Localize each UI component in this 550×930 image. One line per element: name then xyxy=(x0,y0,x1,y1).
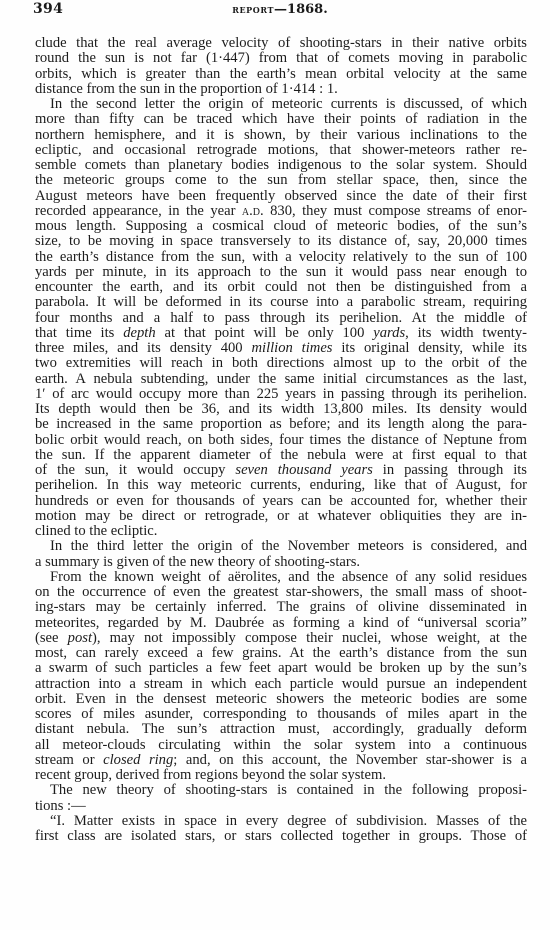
text-line: distant nebula. The sun’s attraction mus… xyxy=(35,722,527,737)
text-line: that time its depth at that point will b… xyxy=(35,326,527,341)
running-head-report: report xyxy=(232,3,274,16)
text-line: the earth’s distance from the sun, with … xyxy=(35,250,527,265)
text-line: recorded appearance, in the year a.d. 83… xyxy=(35,204,527,219)
text-line: parabola. It will be deformed in its cou… xyxy=(35,295,527,310)
text-line: round the sun is not far (1·447) from th… xyxy=(35,51,527,66)
text-line: orbits, which is greater than the earth’… xyxy=(35,67,527,82)
running-head-year: —1868. xyxy=(274,2,328,17)
text-line: earth. A nebula subtending, under the sa… xyxy=(35,372,527,387)
text-line: “I. Matter exists in space in every degr… xyxy=(35,814,527,829)
text-line: two extremities will reach in both direc… xyxy=(35,356,527,371)
text-line: clude that the real average velocity of … xyxy=(35,36,527,51)
running-head: report—1868. xyxy=(33,2,527,17)
text-line: meteorites, regarded by M. Daubrée as fo… xyxy=(35,616,527,631)
text-line: the meteoric groups come to the sun from… xyxy=(35,173,527,188)
text-line: bolic orbit would reach, on both sides, … xyxy=(35,433,527,448)
text-line: August meteors have been frequently obse… xyxy=(35,189,527,204)
text-line: hundreds or even for thousands of years … xyxy=(35,494,527,509)
text-line: Its depth would then be 36, and its widt… xyxy=(35,402,527,417)
text-line: encounter the earth, and its orbit could… xyxy=(35,280,527,295)
text-line: recent group, derived from regions beyon… xyxy=(35,768,527,783)
text-line: distance from the sun in the proportion … xyxy=(35,82,527,97)
text-line: four months and a half to pass through i… xyxy=(35,311,527,326)
italic-text: closed ring xyxy=(103,752,173,768)
small-caps-text: a.d. xyxy=(242,203,264,219)
text-line: In the third letter the origin of the No… xyxy=(35,539,527,554)
text-line: motion may be direct or retrograde, or a… xyxy=(35,509,527,524)
text-line: more than fifty can be traced which have… xyxy=(35,112,527,127)
text-line: the sun. If the apparent diameter of the… xyxy=(35,448,527,463)
italic-text: post xyxy=(68,630,92,646)
text-line: all meteor-clouds circulating within the… xyxy=(35,738,527,753)
text-line: semble comets than planetary bodies indi… xyxy=(35,158,527,173)
italic-text: yards xyxy=(373,325,405,341)
text-line: three miles, and its density 400 million… xyxy=(35,341,527,356)
text-line: ing-stars may be certainly inferred. The… xyxy=(35,600,527,615)
text-line: tions :— xyxy=(35,799,527,814)
document-page: 394 report—1868. clude that the real ave… xyxy=(0,0,550,930)
text-line: perihelion. In this way meteoric current… xyxy=(35,478,527,493)
text-line: size, to be moving in space transversely… xyxy=(35,234,527,249)
text-line: The new theory of shooting-stars is cont… xyxy=(35,783,527,798)
text-line: In the second letter the origin of meteo… xyxy=(35,97,527,112)
text-line: of the sun, it would occupy seven thousa… xyxy=(35,463,527,478)
text-line: yards per minute, in its approach to the… xyxy=(35,265,527,280)
body-text: clude that the real average velocity of … xyxy=(35,36,527,844)
text-line: stream or closed ring; and, on this acco… xyxy=(35,753,527,768)
italic-text: million times xyxy=(251,340,332,356)
text-line: orbit. Even in the densest meteoric show… xyxy=(35,692,527,707)
italic-text: seven thousand years xyxy=(235,462,372,478)
text-line: a summary is given of the new theory of … xyxy=(35,555,527,570)
text-line: a swarm of such particles a few feet apa… xyxy=(35,661,527,676)
text-line: most, can rarely exceed a few grains. At… xyxy=(35,646,527,661)
text-line: be increased in the same proportion as b… xyxy=(35,417,527,432)
text-line: northern hemisphere, and it is shown, by… xyxy=(35,128,527,143)
text-line: (see post), may not impossibly compose t… xyxy=(35,631,527,646)
text-line: 1′ of arc would occupy more than 225 yea… xyxy=(35,387,527,402)
text-line: scores of miles asunder, corresponding t… xyxy=(35,707,527,722)
text-line: From the known weight of aërolites, and … xyxy=(35,570,527,585)
text-line: clined to the ecliptic. xyxy=(35,524,527,539)
italic-text: depth xyxy=(123,325,155,341)
text-line: ecliptic, and occasional retrograde moti… xyxy=(35,143,527,158)
text-line: first class are isolated stars, or stars… xyxy=(35,829,527,844)
page-header: 394 report—1868. xyxy=(33,1,527,19)
text-line: on the occurrence of even the greatest s… xyxy=(35,585,527,600)
text-line: mous length. Supposing a cosmical cloud … xyxy=(35,219,527,234)
text-line: attraction into a stream in which each p… xyxy=(35,677,527,692)
